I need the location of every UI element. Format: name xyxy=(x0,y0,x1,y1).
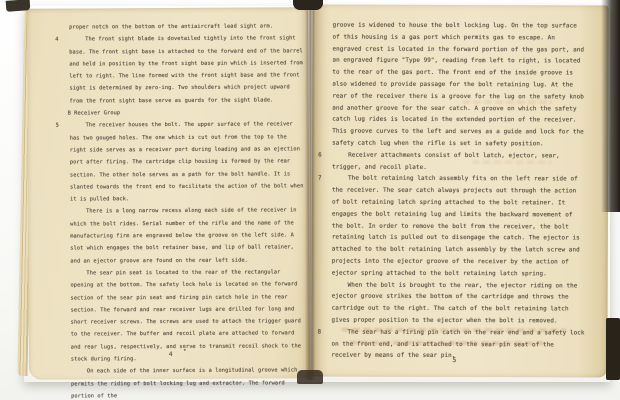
paper-speck xyxy=(192,346,194,348)
left-page-number: 4 xyxy=(169,351,173,358)
paragraph-text: groove is widened to house the bolt lock… xyxy=(332,23,584,148)
paragraph-text: There is a long narrow recess along each… xyxy=(70,208,296,264)
paragraph-text: The bolt retaining latch assembly fits o… xyxy=(332,176,580,277)
right-edge-dark-mark xyxy=(606,318,620,380)
book-scan-scene: proper notch on the bottom of the antiai… xyxy=(0,0,620,400)
paragraph: There is a long narrow recess along each… xyxy=(70,205,306,268)
paragraph: 4The front sight blade is dovetailed tig… xyxy=(69,33,305,108)
paper-speck xyxy=(184,349,186,351)
ink-bleed-through xyxy=(349,341,544,346)
paragraph-text: The front sight blade is dovetailed tigh… xyxy=(69,36,303,105)
paragraph-text: The receiver houses the bolt. The upper … xyxy=(70,122,304,203)
paragraph: The sear pin seat is located to the rear… xyxy=(70,266,307,366)
section-heading-text: B Receiver Group xyxy=(68,110,121,116)
ink-bleed-through xyxy=(342,328,567,333)
ink-bleed-through xyxy=(462,100,552,104)
ink-bleed-through xyxy=(472,160,552,164)
right-page-text-column: groove is widened to house the bolt lock… xyxy=(331,21,586,364)
paragraph-number: 8 xyxy=(317,327,321,339)
paragraph-number: 5 xyxy=(56,120,59,132)
paragraph: On each side of the inner surface is a l… xyxy=(71,365,307,400)
right-page-number: 5 xyxy=(452,356,456,364)
right-edge-shadow xyxy=(601,0,620,212)
paragraph-number: 4 xyxy=(55,34,58,46)
paragraph: When the bolt is brought to the rear, th… xyxy=(332,280,586,328)
paragraph-number: 6 xyxy=(318,150,322,162)
binding-bottom-mark xyxy=(297,370,323,384)
left-page-text-column: proper notch on the bottom of the antiai… xyxy=(69,20,307,400)
paragraph-text: On each side of the inner surface is a l… xyxy=(71,368,297,400)
paragraph: 5The receiver houses the bolt. The upper… xyxy=(70,119,306,206)
paragraph: 7The bolt retaining latch assembly fits … xyxy=(332,174,586,281)
cover-corner-mark xyxy=(6,0,31,12)
left-page: proper notch on the bottom of the antiai… xyxy=(27,7,310,379)
binding-gutter xyxy=(305,4,315,380)
right-page: groove is widened to house the bolt lock… xyxy=(311,4,608,377)
paragraph: groove is widened to house the bolt lock… xyxy=(332,21,586,152)
paragraph-text: When the bolt is brought to the rear, th… xyxy=(332,282,578,324)
paragraph-text: proper notch on the bottom of the antiai… xyxy=(69,23,273,30)
binding-top-mark xyxy=(293,0,323,10)
paragraph-number: 7 xyxy=(318,174,322,186)
paragraph: 8The sear has a firing pin catch on the … xyxy=(331,327,585,363)
